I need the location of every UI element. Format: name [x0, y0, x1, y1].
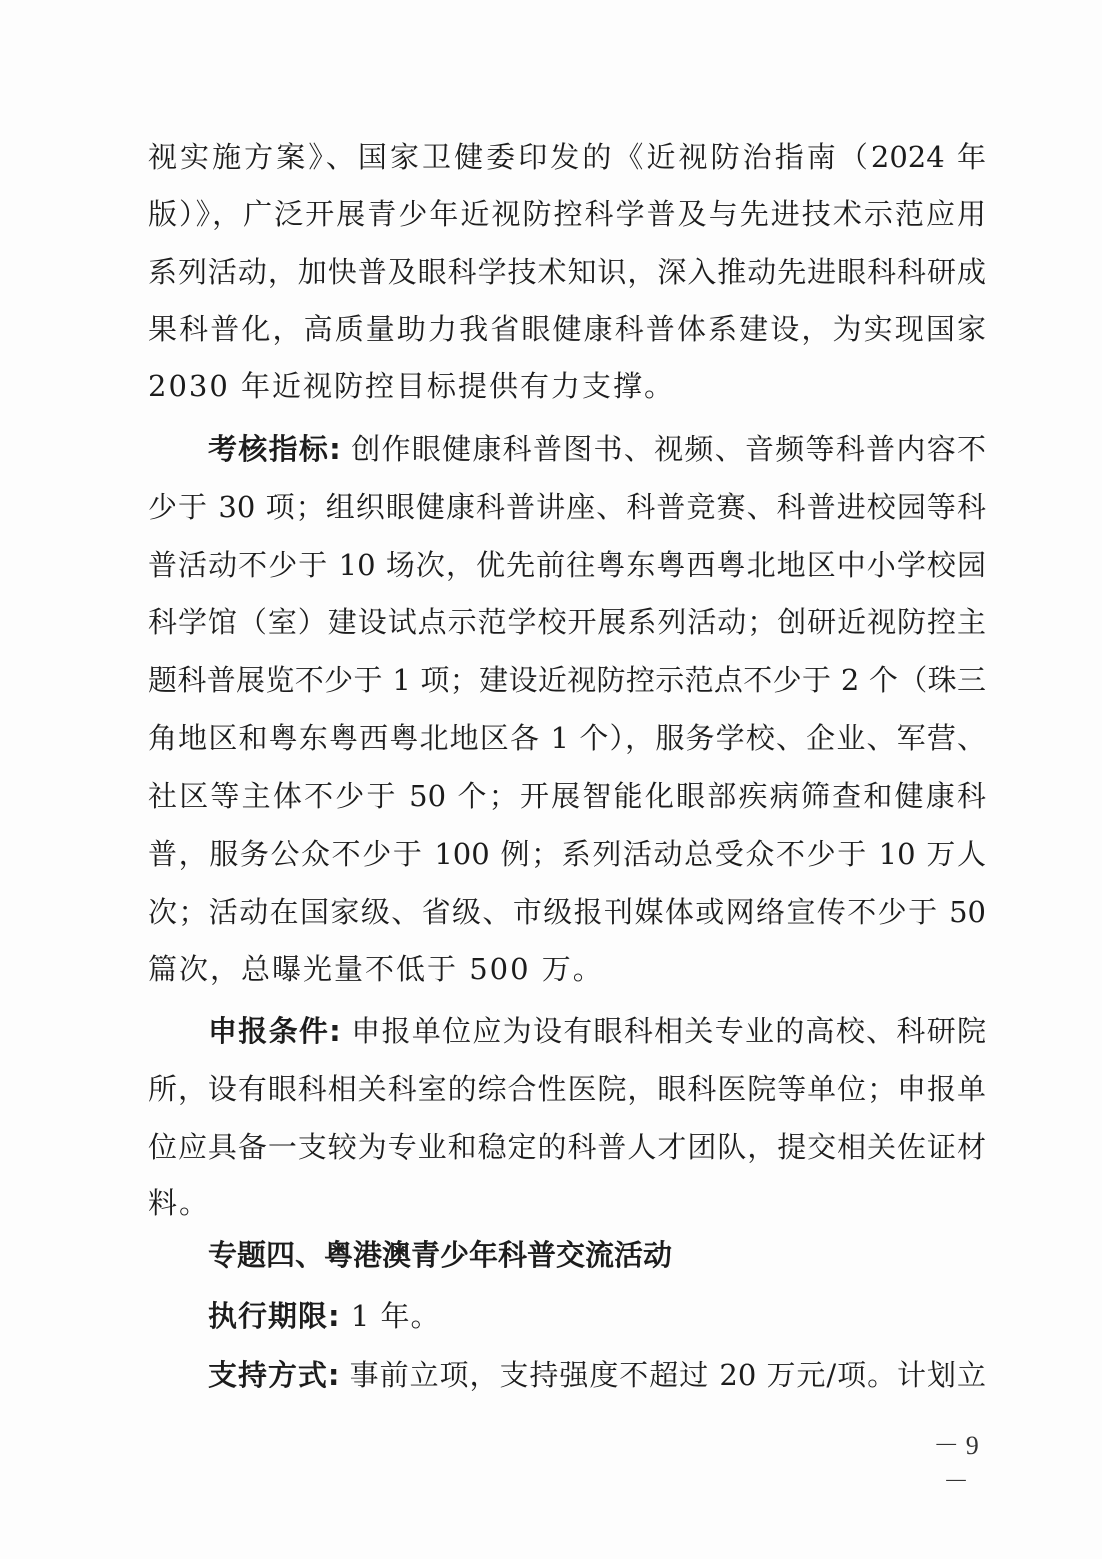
- assessment-paragraph-first-line: 考核指标: 创作眼健康科普图书、视频、音频等科普内容不: [208, 429, 986, 469]
- body-text-line: 普，服务公众不少于 100 例；系列活动总受众不少于 10 万人: [148, 834, 986, 874]
- duration-line: 执行期限: 1 年。: [208, 1296, 986, 1336]
- eligibility-label: 申报条件:: [208, 1014, 341, 1048]
- body-text-line: 科学馆（室）建设试点示范学校开展系列活动；创研近视防控主: [148, 602, 986, 642]
- body-text-line: 版）》，广泛开展青少年近视防控科学普及与先进技术示范应用: [148, 194, 986, 234]
- section-heading: 专题四、粤港澳青少年科普交流活动: [208, 1235, 986, 1275]
- body-text-line: 所，设有眼科相关科室的综合性医院，眼科医院等单位；申报单: [148, 1069, 986, 1109]
- body-text-line: 次；活动在国家级、省级、市级报刊媒体或网络宣传不少于 50: [148, 892, 986, 932]
- duration-label: 执行期限:: [208, 1299, 341, 1333]
- document-page: 视实施方案》、国家卫健委印发的《近视防治指南（2024 年 版）》，广泛开展青少…: [0, 0, 1102, 1559]
- body-text-line: 果科普化，高质量助力我省眼健康科普体系建设，为实现国家: [148, 309, 986, 349]
- body-text-line: 位应具备一支较为专业和稳定的科普人才团队，提交相关佐证材: [148, 1127, 986, 1167]
- page-number: － 9 －: [920, 1428, 992, 1464]
- support-label: 支持方式:: [208, 1358, 339, 1392]
- body-text-line: 社区等主体不少于 50 个；开展智能化眼部疾病筛查和健康科: [148, 776, 986, 816]
- eligibility-text: 申报单位应为设有眼科相关专业的高校、科研院: [341, 1014, 986, 1048]
- eligibility-paragraph-first-line: 申报条件: 申报单位应为设有眼科相关专业的高校、科研院: [208, 1011, 986, 1051]
- body-text-line: 视实施方案》、国家卫健委印发的《近视防治指南（2024 年: [148, 137, 986, 177]
- body-text-line: 料。: [148, 1183, 986, 1223]
- assessment-text: 创作眼健康科普图书、视频、音频等科普内容不: [341, 432, 986, 466]
- body-text-line: 角地区和粤东粤西粤北地区各 1 个），服务学校、企业、军营、: [148, 718, 986, 758]
- body-text-line: 2030 年近视防控目标提供有力支撑。: [148, 366, 986, 406]
- body-text-line: 题科普展览不少于 1 项；建设近视防控示范点不少于 2 个（珠三: [148, 660, 986, 700]
- body-text-line: 少于 30 项；组织眼健康科普讲座、科普竞赛、科普进校园等科: [148, 487, 986, 527]
- body-text-line: 普活动不少于 10 场次，优先前往粤东粤西粤北地区中小学校园: [148, 545, 986, 585]
- assessment-label: 考核指标:: [208, 432, 341, 466]
- support-value: 事前立项，支持强度不超过 20 万元/项。计划立: [339, 1358, 986, 1392]
- duration-value: 1 年。: [341, 1299, 441, 1333]
- body-text-line: 系列活动，加快普及眼科学技术知识，深入推动先进眼科科研成: [148, 252, 986, 292]
- support-line: 支持方式: 事前立项，支持强度不超过 20 万元/项。计划立: [208, 1355, 986, 1395]
- body-text-line: 篇次，总曝光量不低于 500 万。: [148, 949, 986, 989]
